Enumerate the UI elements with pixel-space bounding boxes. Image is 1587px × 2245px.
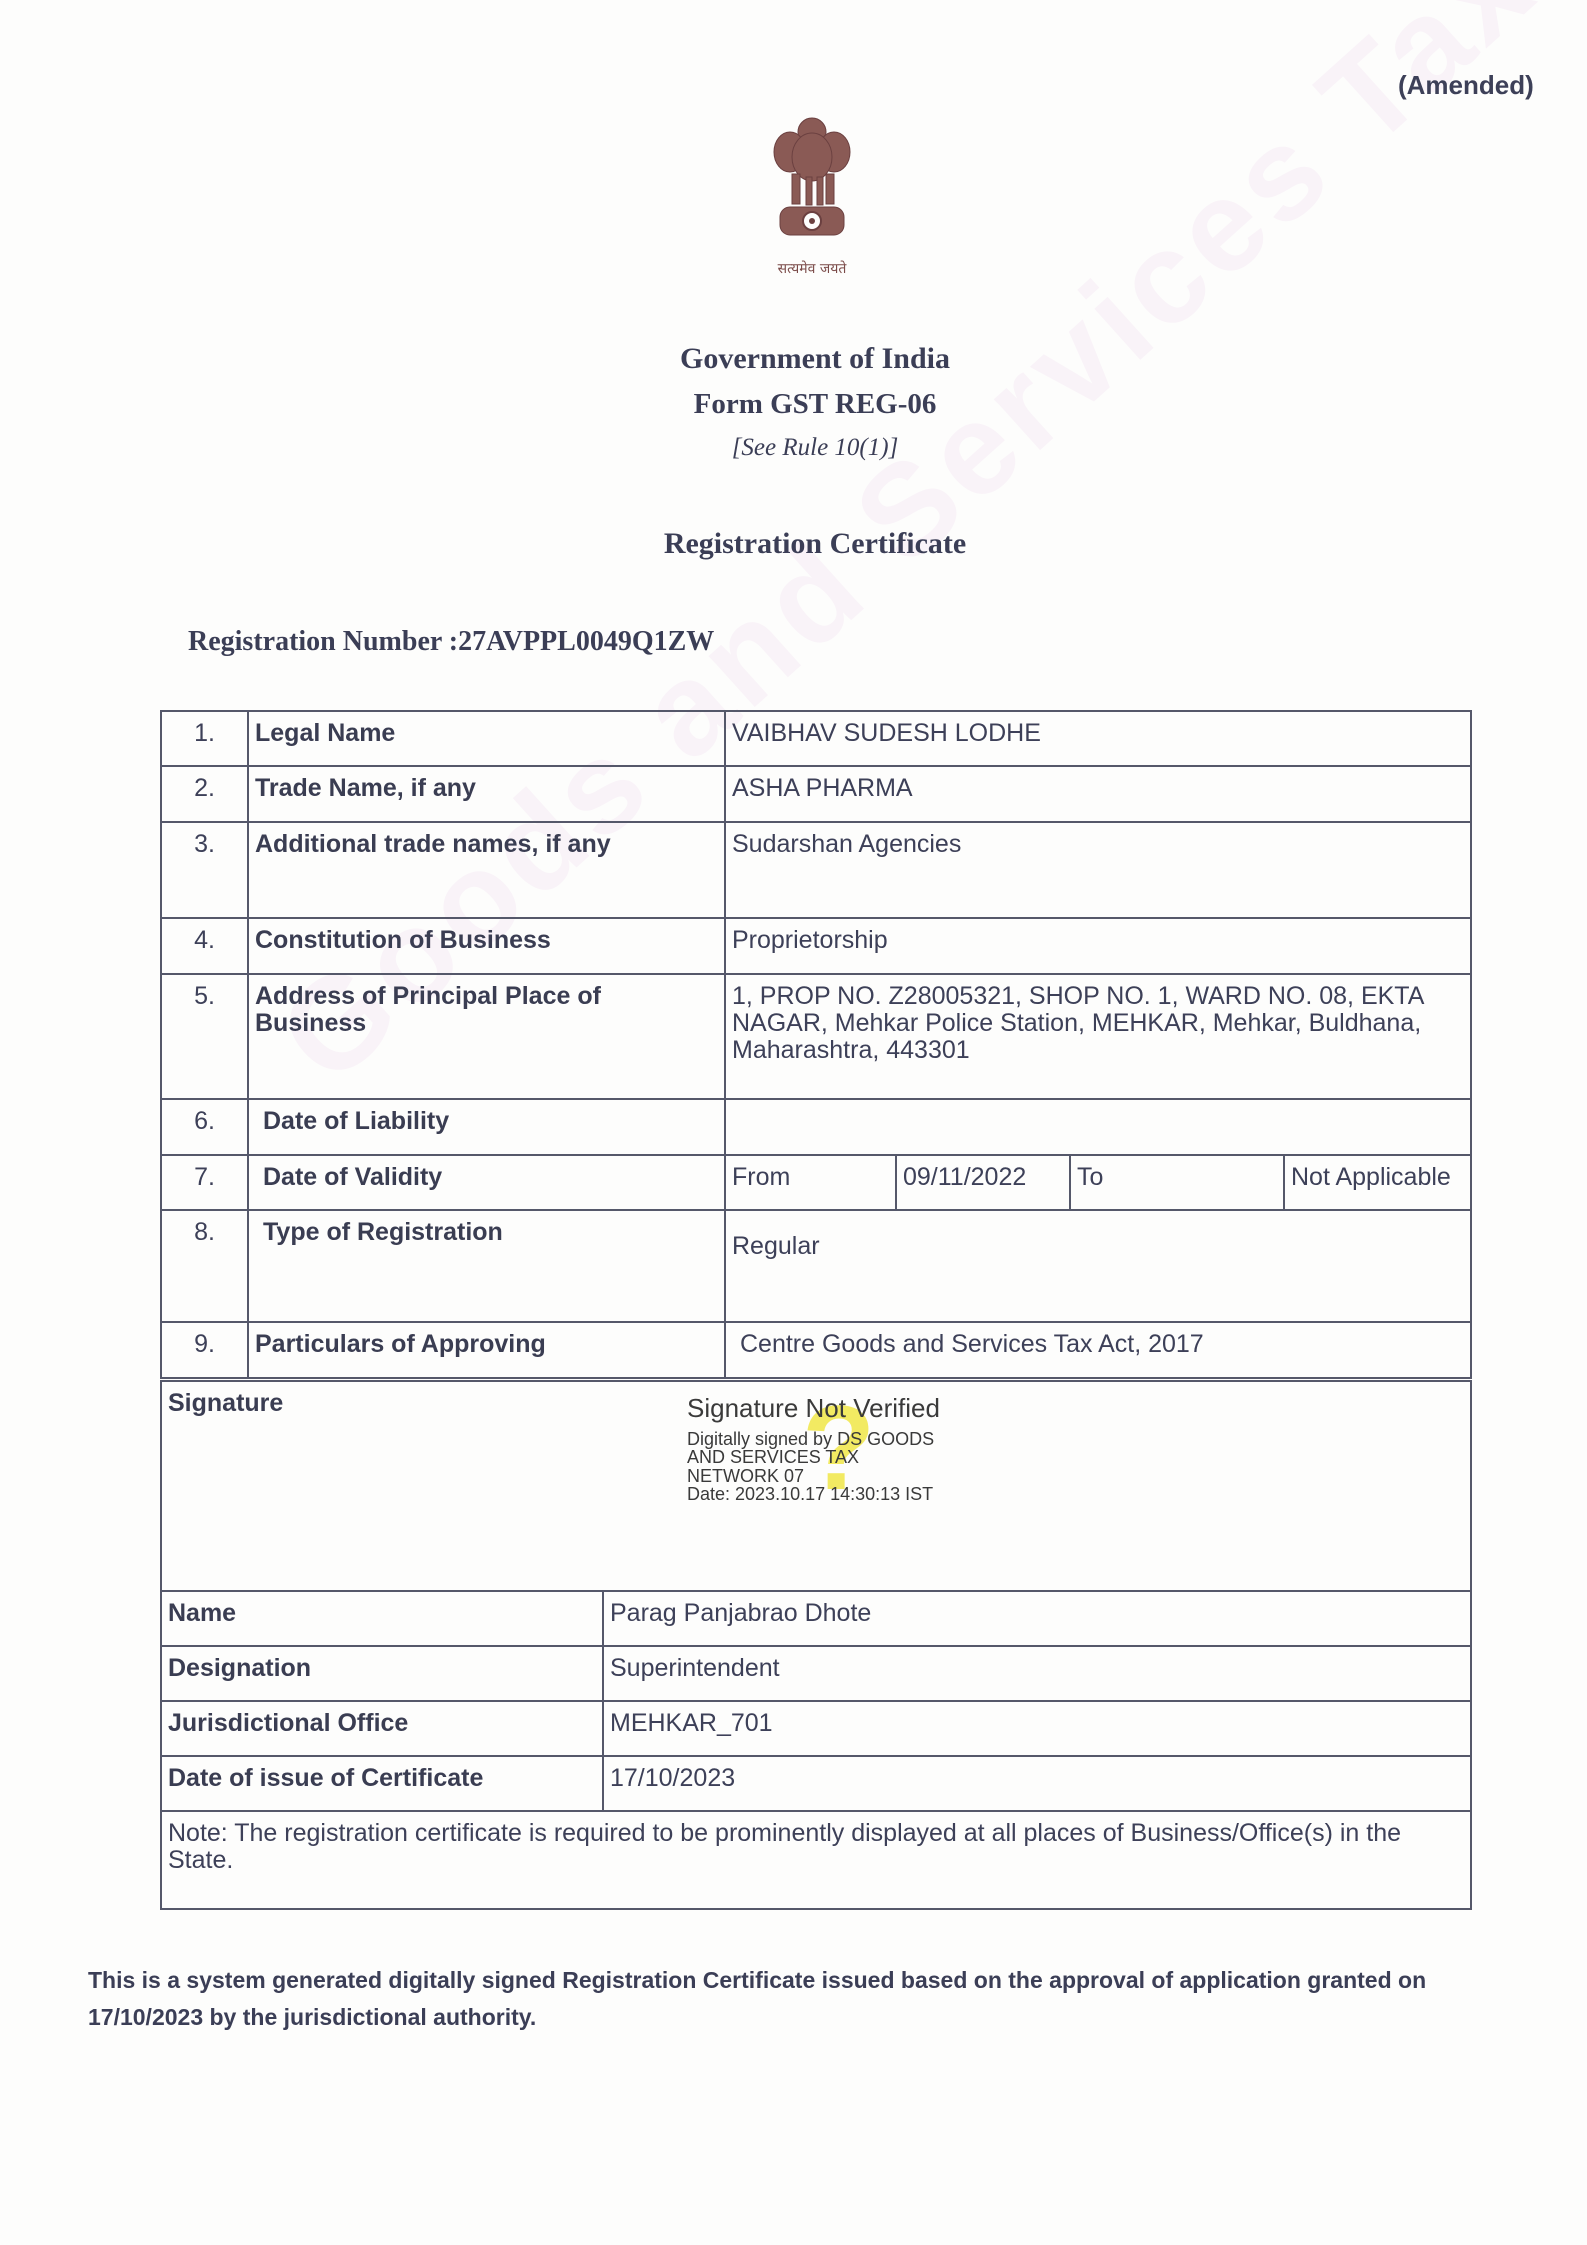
designation-value: Superintendent [603,1646,1471,1701]
row-number: 7. [161,1155,248,1210]
signature-date: Date: 2023.10.17 14:30:13 IST [687,1485,940,1503]
field-label: Jurisdictional Office [161,1701,603,1756]
emblem-motto: सत्यमेव जयते [762,259,862,278]
signature-label: Signature [168,1389,283,1417]
validity-from-label: From [725,1155,896,1210]
table-row: Designation Superintendent [161,1646,1471,1701]
row-number: 9. [161,1322,248,1378]
signature-status: Signature Not Verified [687,1394,940,1422]
field-label: Date of issue of Certificate [161,1756,603,1811]
table-row: Name Parag Panjabrao Dhote [161,1591,1471,1646]
ashoka-emblem-icon [762,112,862,252]
table-row: 7. Date of Validity From 09/11/2022 To N… [161,1155,1471,1210]
signed-by-line: NETWORK 07 [687,1467,940,1485]
issue-date-value: 17/10/2023 [603,1756,1471,1811]
table-row: 3. Additional trade names, if any Sudars… [161,822,1471,918]
table-row: 1. Legal Name VAIBHAV SUDESH LODHE [161,711,1471,766]
header-form: Form GST REG-06 [0,388,1587,421]
table-row: 5. Address of Principal Place of Busines… [161,974,1471,1099]
row-number: 5. [161,974,248,1099]
table-row: 2. Trade Name, if any ASHA PHARMA [161,766,1471,822]
date-of-liability-value [725,1099,1471,1155]
field-label: Additional trade names, if any [248,822,725,918]
officer-name-value: Parag Panjabrao Dhote [603,1591,1471,1646]
address-value: 1, PROP NO. Z28005321, SHOP NO. 1, WARD … [725,974,1471,1099]
field-label: Trade Name, if any [248,766,725,822]
field-label: Constitution of Business [248,918,725,974]
field-label: Address of Principal Place of Business [248,974,725,1099]
field-label: Particulars of Approving [248,1322,725,1378]
field-label: Name [161,1591,603,1646]
validity-to-value: Not Applicable [1284,1155,1471,1210]
registration-type-cell: Regular [725,1210,1471,1322]
row-number: 1. [161,711,248,766]
table-row: Jurisdictional Office MEHKAR_701 [161,1701,1471,1756]
registration-details-table: 1. Legal Name VAIBHAV SUDESH LODHE 2. Tr… [160,710,1472,1379]
legal-name-value: VAIBHAV SUDESH LODHE [725,711,1471,766]
digital-signature-block: ? Signature Not Verified Digitally signe… [687,1394,940,1504]
table-row: 8. Type of Registration Regular [161,1210,1471,1322]
validity-from-value: 09/11/2022 [896,1155,1070,1210]
note-text: Note: The registration certificate is re… [161,1811,1471,1909]
field-label: Date of Liability [248,1099,725,1155]
trade-name-value: ASHA PHARMA [725,766,1471,822]
signature-row: Signature ? Signature Not Verified Digit… [161,1381,1471,1591]
signature-table: Signature ? Signature Not Verified Digit… [160,1380,1472,1910]
signature-cell: Signature ? Signature Not Verified Digit… [161,1381,1471,1591]
signed-by-line: AND SERVICES TAX [687,1448,940,1466]
signed-by-line: Digitally signed by DS GOODS [687,1430,940,1448]
validity-to-label: To [1070,1155,1284,1210]
approving-act-value: Centre Goods and Services Tax Act, 2017 [725,1322,1471,1378]
field-label: Legal Name [248,711,725,766]
field-label: Designation [161,1646,603,1701]
table-row: Date of issue of Certificate 17/10/2023 [161,1756,1471,1811]
field-label: Type of Registration [248,1210,725,1322]
row-number: 3. [161,822,248,918]
field-label: Date of Validity [248,1155,725,1210]
jurisdictional-office-value: MEHKAR_701 [603,1701,1471,1756]
constitution-value: Proprietorship [725,918,1471,974]
additional-trade-names-value: Sudarshan Agencies [725,822,1471,918]
row-number: 2. [161,766,248,822]
note-row: Note: The registration certificate is re… [161,1811,1471,1909]
page-title: Registration Certificate [0,527,1587,561]
amended-label: (Amended) [1398,70,1534,101]
header-rule: [See Rule 10(1)] [0,434,1587,462]
registration-type-value: Regular [732,1232,820,1260]
row-number: 6. [161,1099,248,1155]
table-row: 9. Particulars of Approving Centre Goods… [161,1322,1471,1378]
table-row: 6. Date of Liability [161,1099,1471,1155]
row-number: 4. [161,918,248,974]
table-row: 4. Constitution of Business Proprietorsh… [161,918,1471,974]
national-emblem: सत्यमेव जयते [762,112,862,272]
header-government: Government of India [0,342,1587,376]
row-number: 8. [161,1210,248,1322]
registration-number: Registration Number :27AVPPL0049Q1ZW [188,626,714,658]
footer-text: This is a system generated digitally sig… [88,1962,1518,2036]
